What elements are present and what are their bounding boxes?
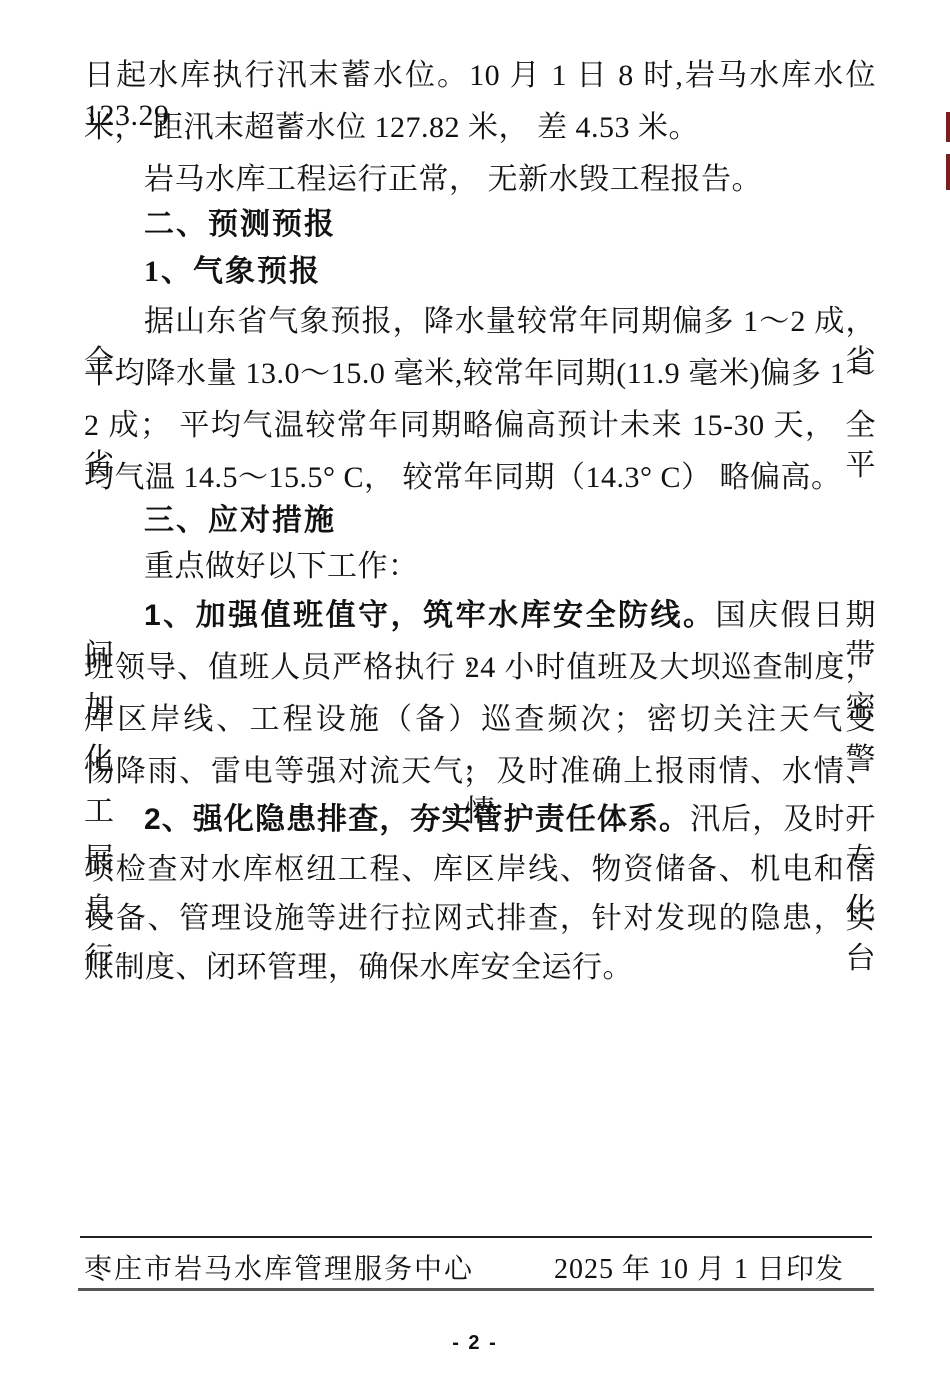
paragraph-line: 均气温 14.5～15.5° C， 较常年同期（14.3° C） 略偏高。 bbox=[84, 458, 876, 498]
footer-rule-top bbox=[80, 1236, 872, 1238]
section-heading-3: 三、应对措施 bbox=[84, 501, 876, 541]
document-page: 日起水库执行汛末蓄水位。10 月 1 日 8 时,岩马水库水位 123.29 米… bbox=[0, 0, 950, 1383]
scan-edge-mark bbox=[946, 154, 950, 190]
footer-issuer-name: 枣庄市岩马水库管理服务中心 bbox=[84, 1247, 474, 1287]
footer-issue-date: 2025 年 10 月 1 日印发 bbox=[554, 1247, 844, 1287]
scan-edge-mark bbox=[946, 112, 950, 142]
sub-heading-weather: 1、气象预报 bbox=[84, 252, 876, 292]
paragraph-line: 米， 距汛末超蓄水位 127.82 米， 差 4.53 米。 bbox=[84, 108, 876, 148]
page-number: - 2 - bbox=[0, 1332, 950, 1355]
footer-rule-bottom bbox=[78, 1288, 874, 1291]
paragraph-line: 平均降水量 13.0～15.0 毫米,较常年同期(11.9 毫米)偏多 1～ bbox=[84, 354, 876, 394]
paragraph-line: 重点做好以下工作： bbox=[84, 547, 876, 587]
measure-1-lead: 1、加强值班值守，筑牢水库安全防线。 bbox=[144, 599, 716, 632]
section-heading-2: 二、预测预报 bbox=[84, 205, 876, 245]
paragraph-line: 岩马水库工程运行正常， 无新水毁工程报告。 bbox=[84, 160, 876, 200]
measure-2-lead: 2、强化隐患排查，夯实管护责任体系。 bbox=[144, 803, 690, 836]
paragraph-line: 账制度、闭环管理，确保水库安全运行。 bbox=[84, 948, 876, 988]
